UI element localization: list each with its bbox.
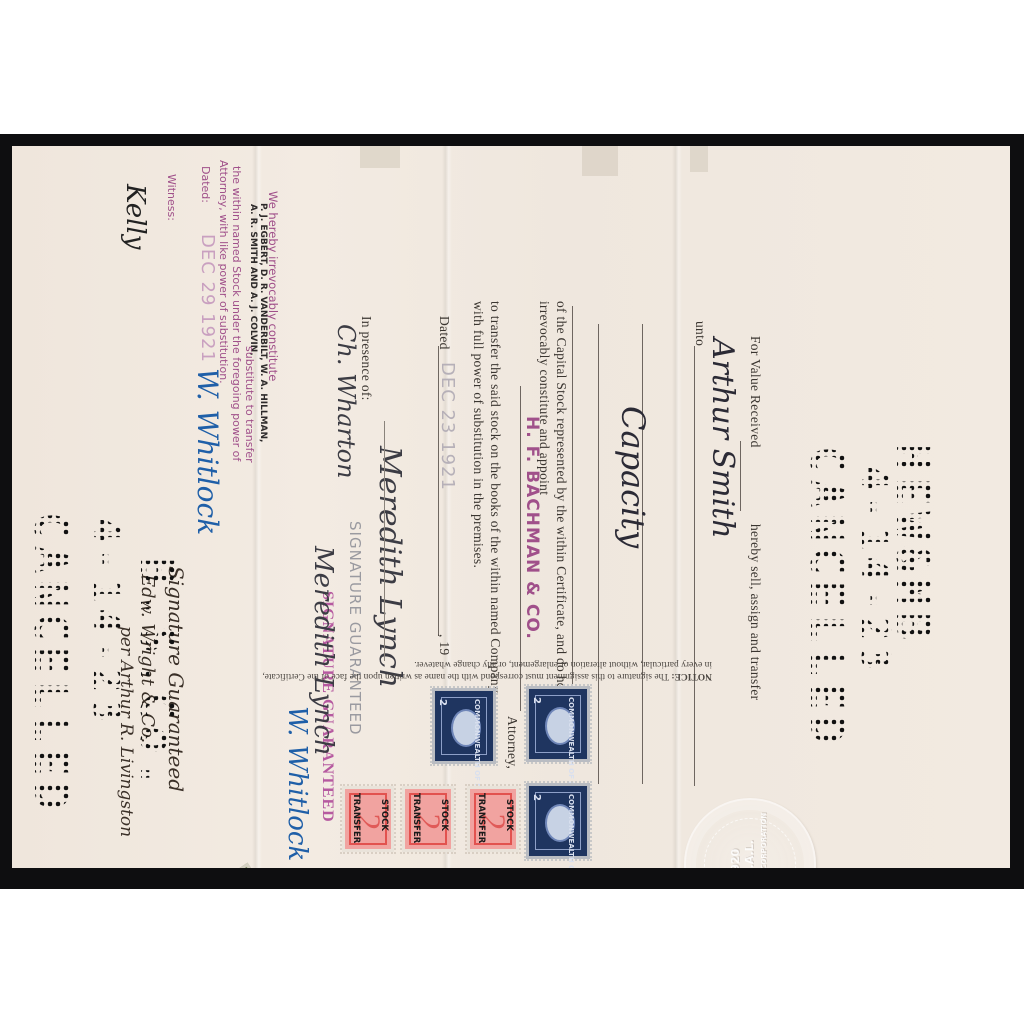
sub-dated-label: Dated:	[199, 166, 212, 203]
notice-label: NOTICE:	[671, 671, 712, 681]
transfer-line: to transfer the said stock on the books …	[487, 301, 503, 696]
assignee-signature: Arthur Smith	[705, 338, 740, 539]
stock-line: the within named Stock under the foregoi…	[230, 166, 243, 461]
substitute-names-2: A. R. SMITH AND A. J. COLVIN,	[248, 204, 258, 356]
notice-block: NOTICE: The signature to this assignment…	[260, 658, 712, 682]
pa-transfer-stamp: 2 COMMONWEALTH OF PENNSYLVANIA	[526, 783, 590, 859]
tape-mark	[360, 146, 400, 168]
stock-transfer-stamp: 2 STOCK TRANSFER	[342, 786, 394, 852]
corporate-seal: 1920 S.E.A.L. DELAWARE CORPORATION	[684, 798, 816, 868]
shares-handwritten: Capacity	[614, 406, 652, 548]
perforation-mark-left: B.S.Co.	[130, 558, 184, 794]
tape-mark	[582, 146, 618, 176]
in-presence-label: In presence of:	[358, 316, 374, 401]
for-value-received: For Value Received	[747, 336, 763, 448]
attorney-line: Attorney, with like power of substitutio…	[217, 160, 230, 384]
fold-line	[672, 146, 682, 868]
perforation-cancelled-right: CANCELLED	[800, 446, 854, 749]
pa-transfer-stamp: 2 COMMONWEALTH OF PENNSYLVANIA	[526, 686, 590, 762]
witness-signature: Ch. Wharton	[332, 324, 360, 479]
sub-signer-signature-2: W. Whitlock	[282, 706, 312, 861]
pa-transfer-stamp: 2 COMMONWEALTH OF PENNSYLVANIA	[432, 688, 496, 764]
dated-stamp: DEC 23 1921	[437, 362, 458, 491]
documentary-revenue-stamp: 10	[183, 863, 283, 868]
stock-transfer-stamp: 2 STOCK TRANSFER	[467, 786, 519, 852]
guarantor-signature: Meredith Lynch	[308, 546, 338, 756]
attorney-label: Attorney,	[504, 716, 520, 769]
sub-dated-stamp: DEC 29 1921	[197, 234, 218, 363]
notice-text: The signature to this assignment must co…	[262, 659, 712, 681]
stock-transfer-stamp: 2 STOCK TRANSFER	[402, 786, 454, 852]
perforation-date-right: 4-14-23	[852, 466, 898, 677]
sub-witness-signature: Kelly	[120, 184, 150, 249]
substitute-names-1: P. J. EGBERT, D. R. VANDERBILT, W. A. HI…	[258, 203, 268, 442]
substitution-intro: We hereby irrevocably constitute	[266, 191, 280, 381]
dated-label: Dated	[436, 316, 452, 350]
attorney-stamp: H. F. BACHMAN & CO.	[522, 416, 542, 640]
certificate-back: For Value Received hereby sell, assign a…	[12, 146, 1010, 868]
year-suffix: , 19	[436, 634, 452, 655]
substitution-line: with full power of substitution in the p…	[470, 301, 486, 568]
owner-signature: Meredith Lynch	[372, 446, 407, 688]
signature-guaranteed-stamp-gray: SIGNATURE GUARANTEED	[346, 521, 364, 736]
sub-witness-label: Witness:	[165, 174, 178, 221]
perforation-cancelled-left: CANCELLED	[24, 512, 78, 815]
capital-stock-line: of the Capital Stock represented by the …	[553, 301, 569, 714]
sub-signer-signature: W. Whitlock	[191, 368, 224, 535]
substitute-line: substitute to transfer	[243, 346, 256, 463]
tape-mark	[690, 146, 708, 172]
perforation-date-left: 4-14-23	[84, 518, 130, 729]
hereby-sell-text: hereby sell, assign and transfer	[747, 524, 763, 700]
